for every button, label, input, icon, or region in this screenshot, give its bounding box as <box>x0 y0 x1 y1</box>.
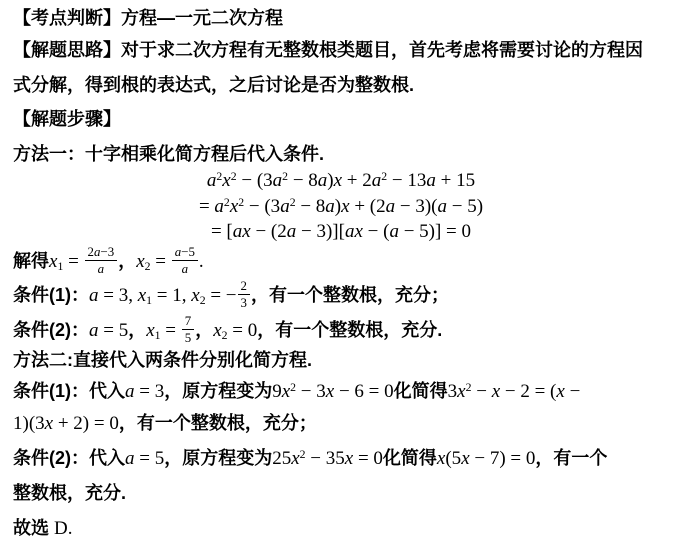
fraction-numerator: a−5 <box>172 245 198 261</box>
text-line: 【解题思路】对于求二次方程有无整数根类题目，首先考虑将需要讨论的方程因 <box>13 39 669 61</box>
equation-line: a2x2 − (3a2 − 8a)x + 2a2 − 13a + 15 <box>13 169 669 192</box>
math-run: x1 = 2a−3a <box>49 251 118 272</box>
text-line: 【考点判断】方程—一元二次方程 <box>13 7 669 29</box>
text-run: ，有一个整数根，充分； <box>251 285 449 305</box>
text-run: 式分解，得到根的表达式，之后讨论是否为整数根. <box>13 75 414 95</box>
fraction-numerator: 2 <box>238 279 250 295</box>
math-run: 9x2 − 3x − 6 = 0 <box>272 381 393 402</box>
text-run: ， <box>118 251 136 271</box>
text-run: 【考点判断】方程—一元二次方程 <box>13 8 283 28</box>
text-run: 条件(2)：代入 <box>13 448 125 468</box>
text-line: 条件(1)：a = 3, x1 = 1, x2 = −23，有一个整数根，充分； <box>13 281 669 312</box>
fraction-denominator: 5 <box>182 330 194 345</box>
fraction: 75 <box>182 314 194 345</box>
text-run: 故选 <box>13 518 54 538</box>
text-run: ，原方程变为 <box>164 381 272 401</box>
fraction-numerator: 7 <box>182 314 194 330</box>
math-run: a = 3, x1 = 1, x2 = −23 <box>89 285 251 306</box>
text-run: ，有一个 <box>535 448 607 468</box>
text-line: 式分解，得到根的表达式，之后讨论是否为整数根. <box>13 74 669 96</box>
text-line: 方法二:直接代入两条件分别化简方程. <box>13 349 669 371</box>
math-run: a = 5 <box>125 448 164 469</box>
text-run: ，原方程变为 <box>164 448 272 468</box>
text-line: 【解题步骤】 <box>13 108 669 130</box>
document-body: 【考点判断】方程—一元二次方程【解题思路】对于求二次方程有无整数根类题目，首先考… <box>0 0 675 555</box>
equation-line: = a2x2 − (3a2 − 8a)x + (2a − 3)(a − 5) <box>13 195 669 218</box>
text-run: 条件(1)：代入 <box>13 381 125 401</box>
text-line: 条件(1)：代入a = 3，原方程变为9x2 − 3x − 6 = 0化简得3x… <box>13 380 669 403</box>
text-line: 方法一：十字相乘化简方程后代入条件. <box>13 143 669 165</box>
text-run: ，有一个整数根，充分. <box>257 320 442 340</box>
math-run: 3x2 − x − 2 = (x − <box>448 381 581 402</box>
text-run: 【解题思路】对于求二次方程有无整数根类题目，首先考虑将需要讨论的方程因 <box>13 40 643 60</box>
math-run: 1)(3x + 2) = 0 <box>13 413 119 434</box>
math-run: D. <box>54 518 72 539</box>
text-run: 条件(1)： <box>13 285 89 305</box>
math-run: a = 5 <box>89 320 128 341</box>
text-run: ， <box>128 320 146 340</box>
page: { "colors": { "background": "#ffffff", "… <box>0 0 675 555</box>
fraction: 23 <box>238 279 250 310</box>
math-run: 25x2 − 35x = 0 <box>272 448 383 469</box>
fraction-numerator: 2a−3 <box>85 245 118 261</box>
text-run: 解得 <box>13 251 49 271</box>
math-run: x(5x − 7) = 0 <box>437 448 535 469</box>
text-run: 化简得 <box>394 381 448 401</box>
text-run: 方法一：十字相乘化简方程后代入条件. <box>13 144 324 164</box>
text-run: ，有一个整数根，充分； <box>119 413 317 433</box>
text-run: 方法二:直接代入两条件分别化简方程. <box>13 350 312 370</box>
math-run: = [ax − (2a − 3)][ax − (a − 5)] = 0 <box>211 221 471 242</box>
fraction: a−5a <box>172 245 198 276</box>
fraction-denominator: a <box>85 261 118 276</box>
text-line: 整数根，充分. <box>13 482 669 504</box>
text-run: 【解题步骤】 <box>13 109 121 129</box>
text-line: 条件(2)：代入a = 5，原方程变为25x2 − 35x = 0化简得x(5x… <box>13 447 669 470</box>
math-run: a = 3 <box>125 381 164 402</box>
fraction-denominator: 3 <box>238 295 250 310</box>
text-line: 1)(3x + 2) = 0，有一个整数根，充分； <box>13 412 669 435</box>
math-run: a2x2 − (3a2 − 8a)x + 2a2 − 13a + 15 <box>207 170 475 191</box>
fraction-denominator: a <box>172 261 198 276</box>
math-run: x1 = 75 <box>146 320 195 341</box>
math-run: = a2x2 − (3a2 − 8a)x + (2a − 3)(a − 5) <box>199 196 483 217</box>
text-run: 化简得 <box>383 448 437 468</box>
fraction: 2a−3a <box>85 245 118 276</box>
text-line: 故选 D. <box>13 517 669 540</box>
text-run: 条件(2)： <box>13 320 89 340</box>
text-line: 解得x1 = 2a−3a，x2 = a−5a. <box>13 247 669 278</box>
math-run: x2 = a−5a. <box>136 251 203 272</box>
math-run: x2 = 0 <box>213 320 257 341</box>
equation-line: = [ax − (2a − 3)][ax − (a − 5)] = 0 <box>13 220 669 243</box>
text-run: ， <box>195 320 213 340</box>
text-run: 整数根，充分. <box>13 483 126 503</box>
text-line: 条件(2)：a = 5，x1 = 75，x2 = 0，有一个整数根，充分. <box>13 316 669 347</box>
